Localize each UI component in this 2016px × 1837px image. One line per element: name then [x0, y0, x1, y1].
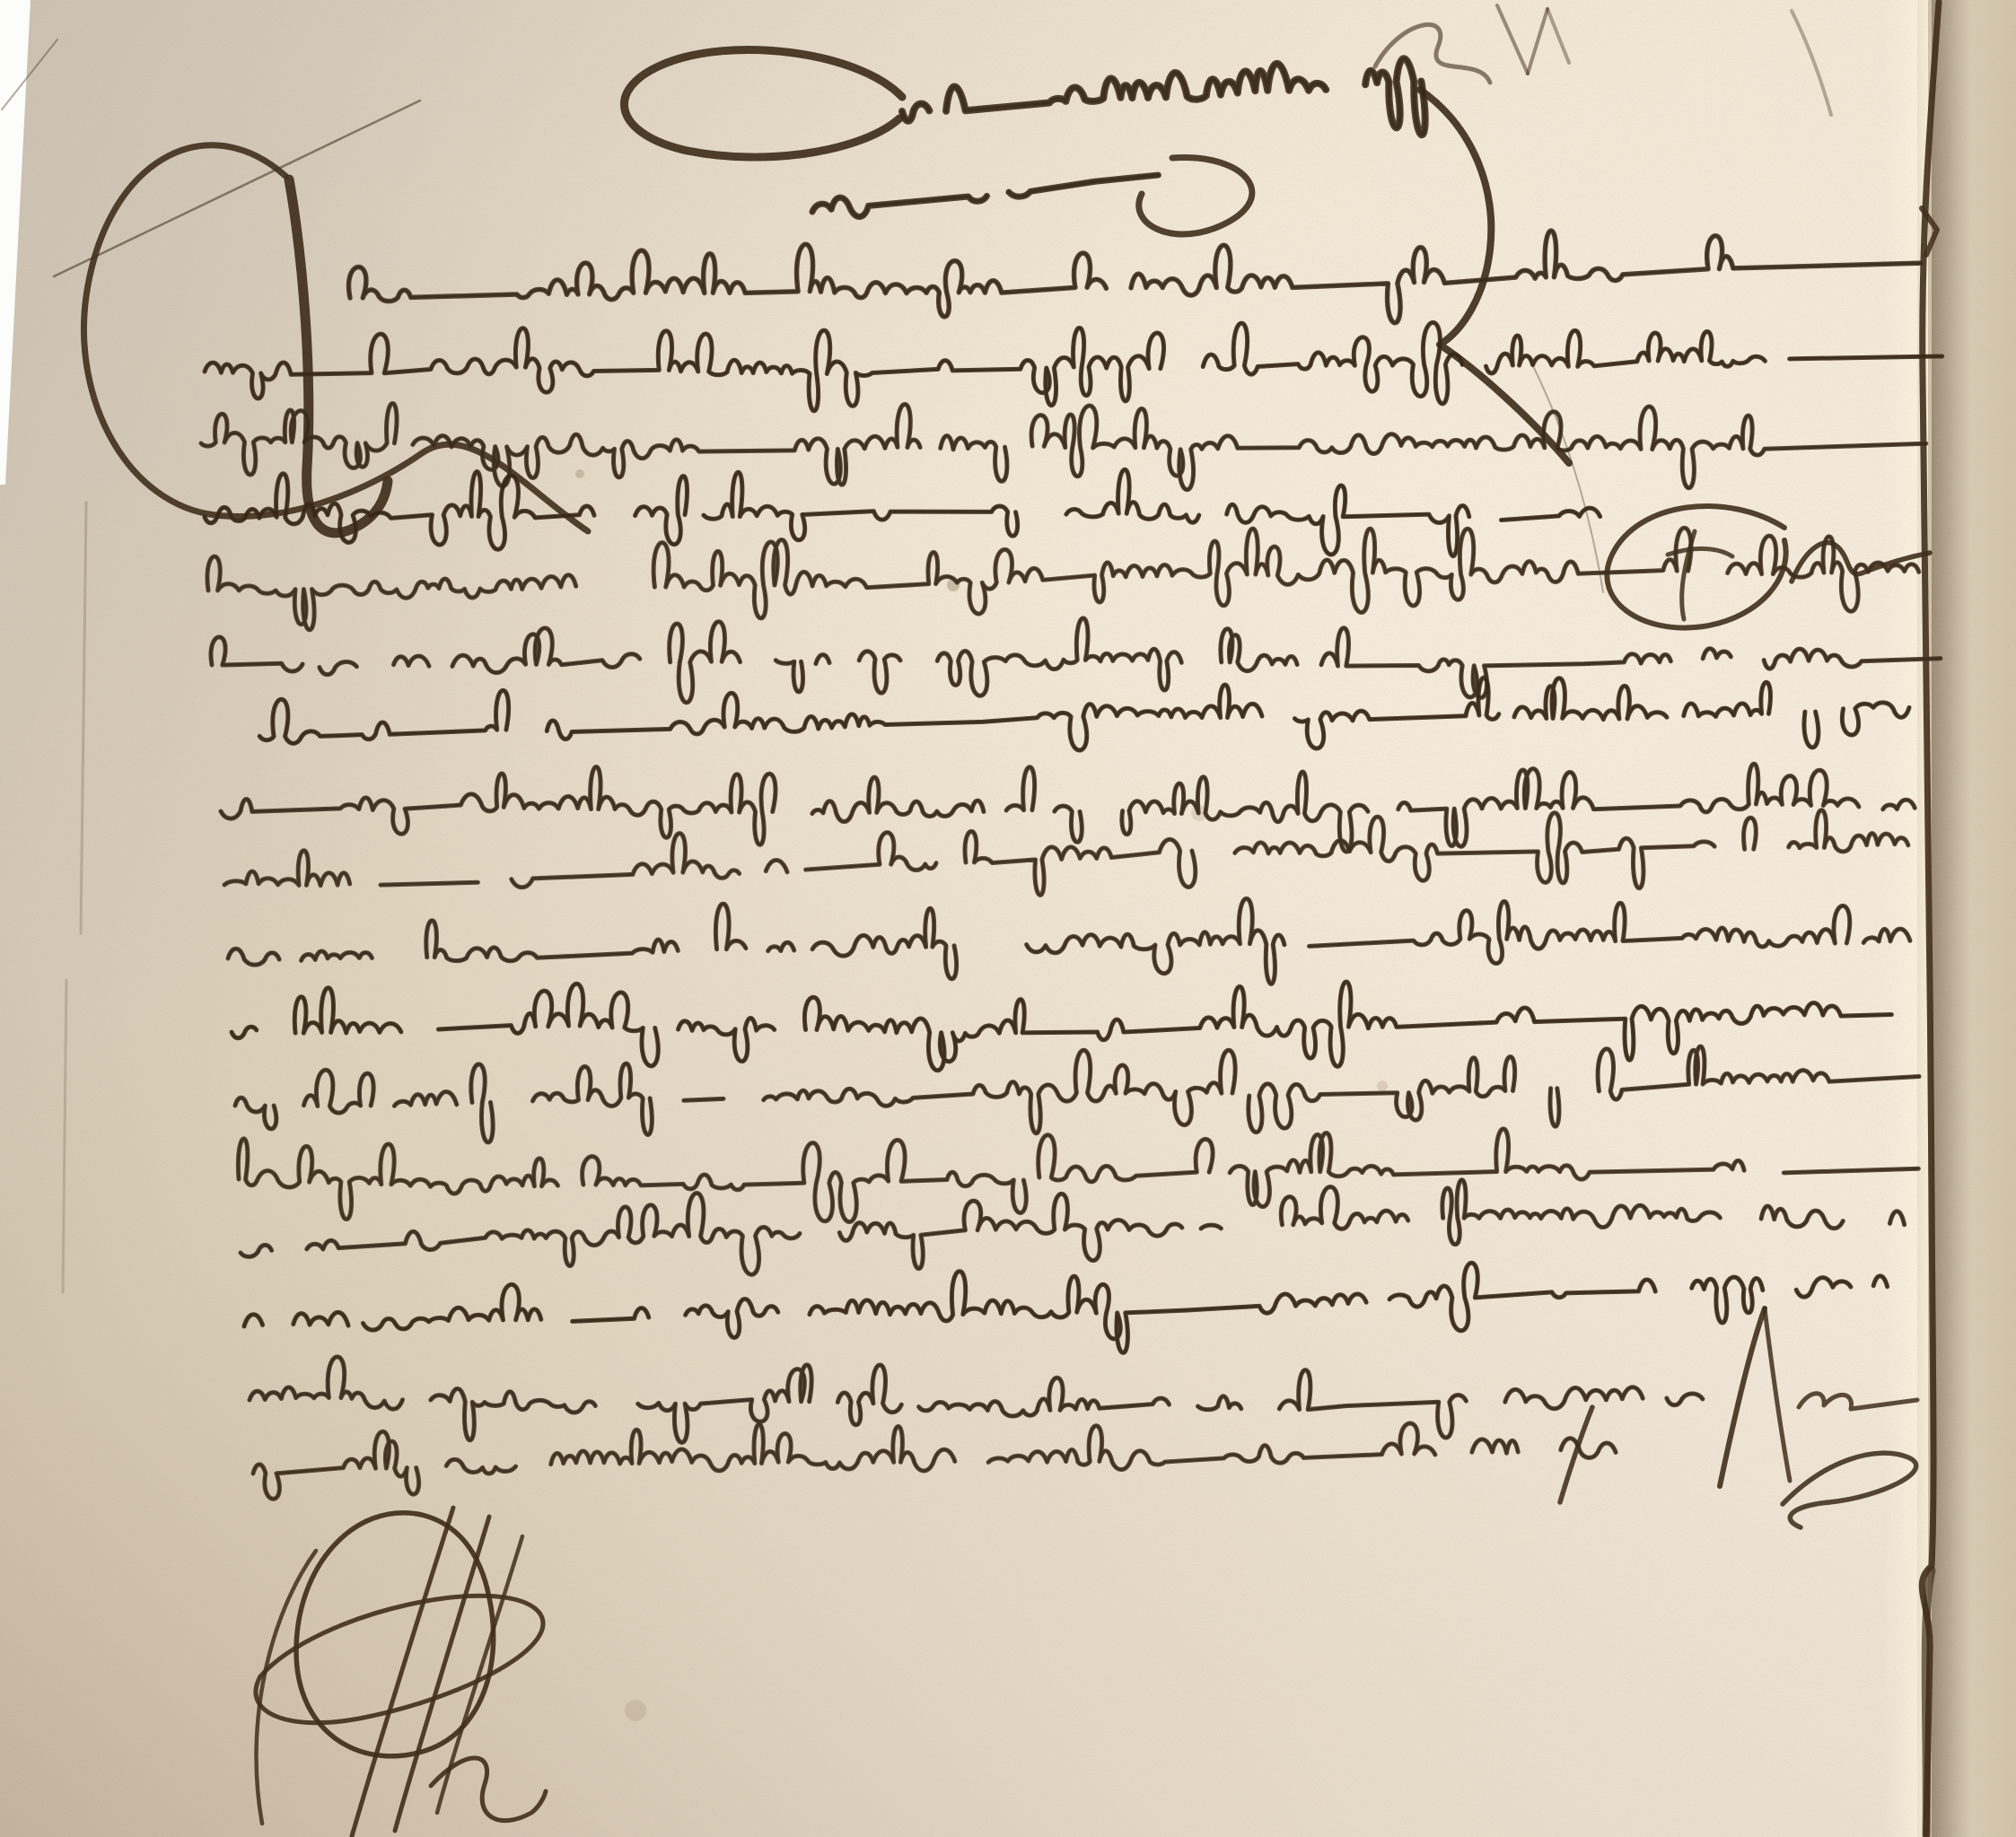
- manuscript-photo: [0, 0, 2016, 1837]
- paper-blemish-2: [1377, 1080, 1388, 1091]
- ink-stain-2: [575, 469, 584, 478]
- manuscript-page: Page manuscrite ancienne - ecriture curs…: [0, 0, 2016, 1837]
- paper-blemish-1: [625, 1700, 646, 1721]
